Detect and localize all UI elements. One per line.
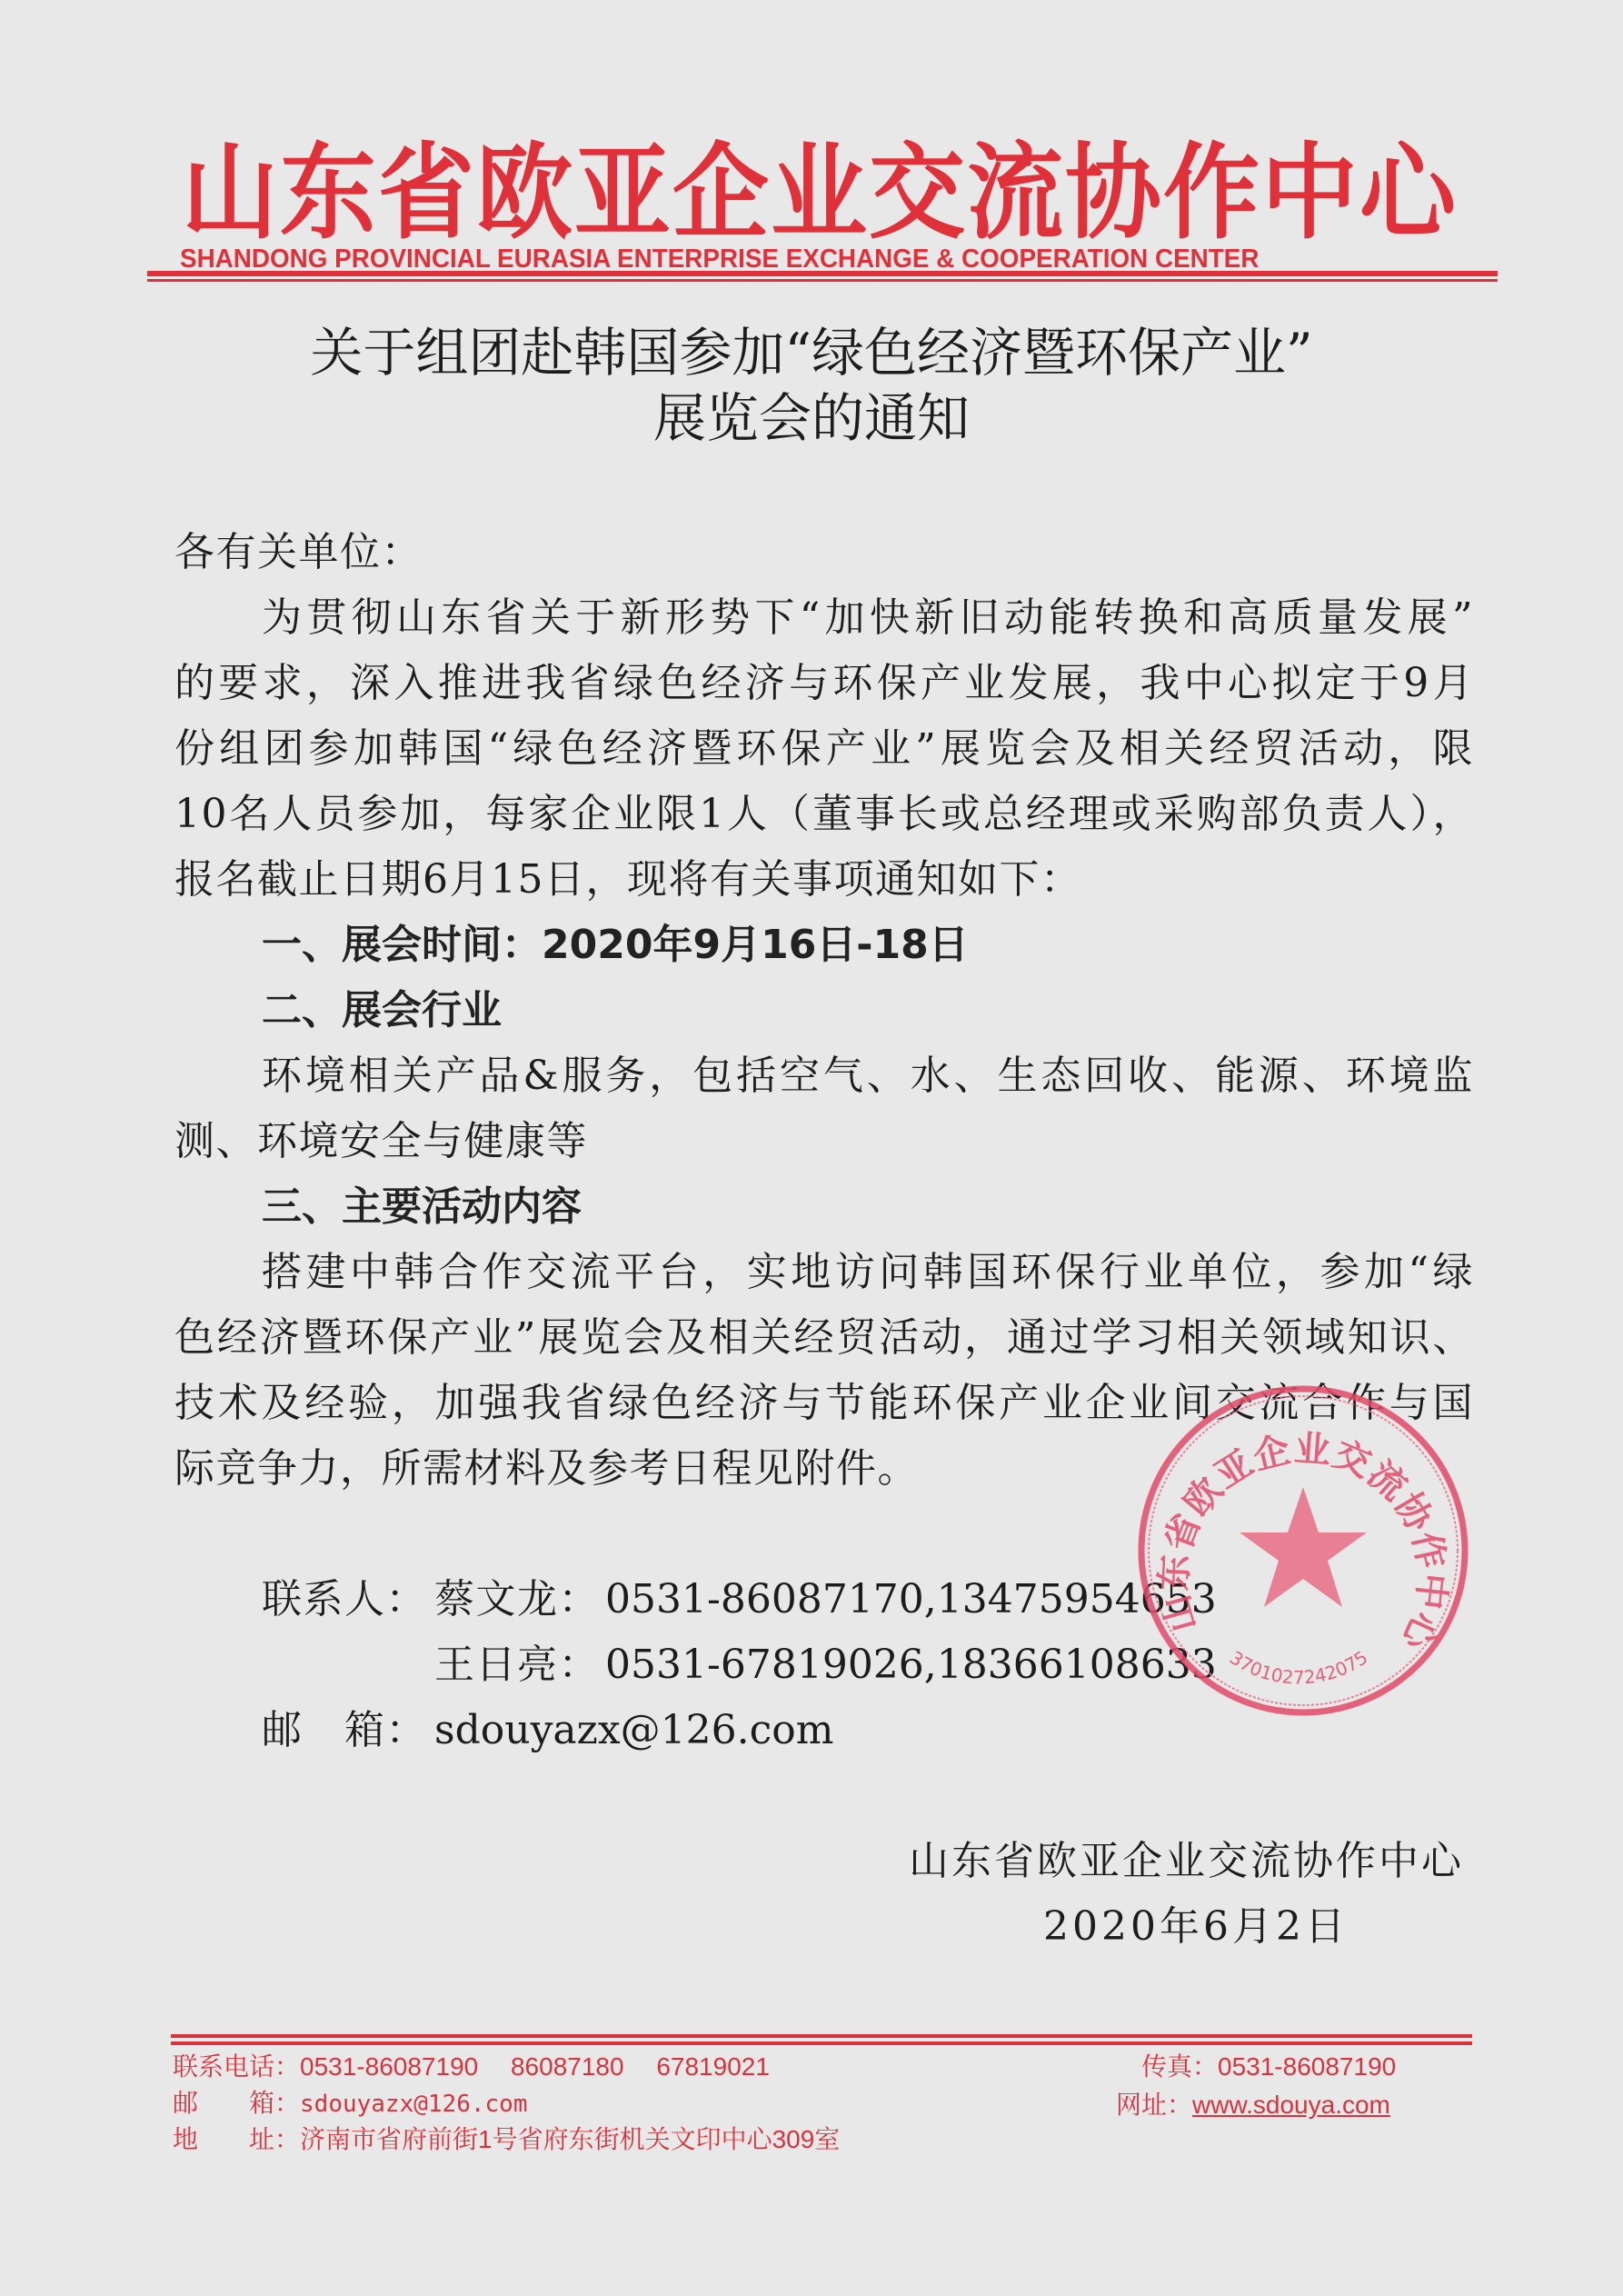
email-label: 邮 箱： <box>262 1698 427 1763</box>
footer-phone-label: 联系电话： <box>173 2052 300 2081</box>
email-address[interactable]: sdouyazx@126.com <box>434 1698 833 1763</box>
footer-address-label: 地 址： <box>173 2125 300 2153</box>
footer-fax-row: 传真：0531-86087190 <box>1141 2051 1396 2083</box>
section-heading-activities: 三、主要活动内容 <box>262 1174 582 1240</box>
seal-number: 3701027242075 <box>1226 1646 1371 1688</box>
letterhead-org-name-english: SHANDONG PROVINCIAL EURASIA ENTERPRISE E… <box>180 244 1259 275</box>
footer-email[interactable]: sdouyazx@126.com <box>300 2091 527 2118</box>
intro-line: 报名截止日期6月15日，现将有关事项通知如下： <box>174 847 1081 913</box>
section-heading-industries: 二、展会行业 <box>262 978 502 1043</box>
contact-2-phones: 0531-67819026,18366108633 <box>605 1632 1217 1698</box>
section-line: 色经济暨环保产业”展览会及相关经贸活动，通过学习相关领域知识、 <box>174 1305 1474 1371</box>
footer-fax: 0531-86087190 <box>1218 2052 1396 2081</box>
document-title-line-1: 关于组团赴韩国参加“绿色经济暨环保产业” <box>0 320 1623 385</box>
letterhead-org-name: 山东省欧亚企业交流协作中心 <box>182 135 1472 253</box>
intro-line: 份组团参加韩国“绿色经济暨环保产业”展览会及相关经贸活动，限 <box>174 716 1474 782</box>
footer-email-label: 邮 箱： <box>173 2089 300 2117</box>
section-line: 测、环境安全与健康等 <box>174 1109 588 1174</box>
signature-date: 2020年6月2日 <box>1043 1894 1349 1960</box>
section-line: 际竞争力，所需材料及参考日程见附件。 <box>174 1436 919 1502</box>
contact-1-name: 蔡文龙： <box>434 1567 600 1632</box>
footer-website-link[interactable]: www.sdouya.com <box>1192 2091 1390 2119</box>
footer-phone-row: 联系电话：0531-86087190 86087180 67819021 <box>173 2051 770 2083</box>
salutation: 各有关单位： <box>174 520 423 585</box>
footer-phone-numbers: 0531-86087190 86087180 67819021 <box>300 2052 770 2081</box>
footer-website-label: 网址： <box>1116 2091 1192 2119</box>
contact-2-name: 王日亮： <box>434 1632 600 1698</box>
footer-address: 济南市省府前街1号省府东街机关文印中心309室 <box>300 2125 840 2153</box>
footer-rule-bottom <box>171 2041 1472 2045</box>
intro-line: 为贯彻山东省关于新形势下“加快新旧动能转换和高质量发展” <box>262 585 1474 651</box>
letterhead-rule-thin <box>147 279 1498 282</box>
document-title-line-2: 展览会的通知 <box>0 385 1623 451</box>
section-line: 搭建中韩合作交流平台，实地访问韩国环保行业单位，参加“绿 <box>262 1240 1474 1305</box>
footer-rule-top <box>171 2034 1472 2038</box>
official-seal-stamp: 山东省欧亚企业交流协作中心 3701027242075 <box>1134 1382 1472 1720</box>
section-heading-exhibition-time: 一、展会时间：2020年9月16日-18日 <box>262 913 969 978</box>
footer-fax-label: 传真： <box>1141 2052 1218 2081</box>
intro-line: 的要求，深入推进我省绿色经济与环保产业发展，我中心拟定于9月 <box>174 651 1474 716</box>
contact-label: 联系人： <box>262 1567 427 1632</box>
letterhead-rule-thick <box>147 271 1498 276</box>
footer-email-row: 邮 箱：sdouyazx@126.com <box>173 2087 527 2121</box>
footer-website-row: 网址：www.sdouya.com <box>1116 2089 1390 2121</box>
footer-address-row: 地 址：济南市省府前街1号省府东街机关文印中心309室 <box>173 2123 840 2156</box>
signature-org: 山东省欧亚企业交流协作中心 <box>909 1829 1464 1894</box>
intro-line: 10名人员参加，每家企业限1人（董事长或总经理或采购部负责人）， <box>174 782 1474 847</box>
contact-1-phones: 0531-86087170,13475954653 <box>605 1567 1217 1632</box>
section-line: 环境相关产品&服务，包括空气、水、生态回收、能源、环境监 <box>262 1043 1474 1109</box>
svg-text:3701027242075: 3701027242075 <box>1226 1646 1371 1688</box>
